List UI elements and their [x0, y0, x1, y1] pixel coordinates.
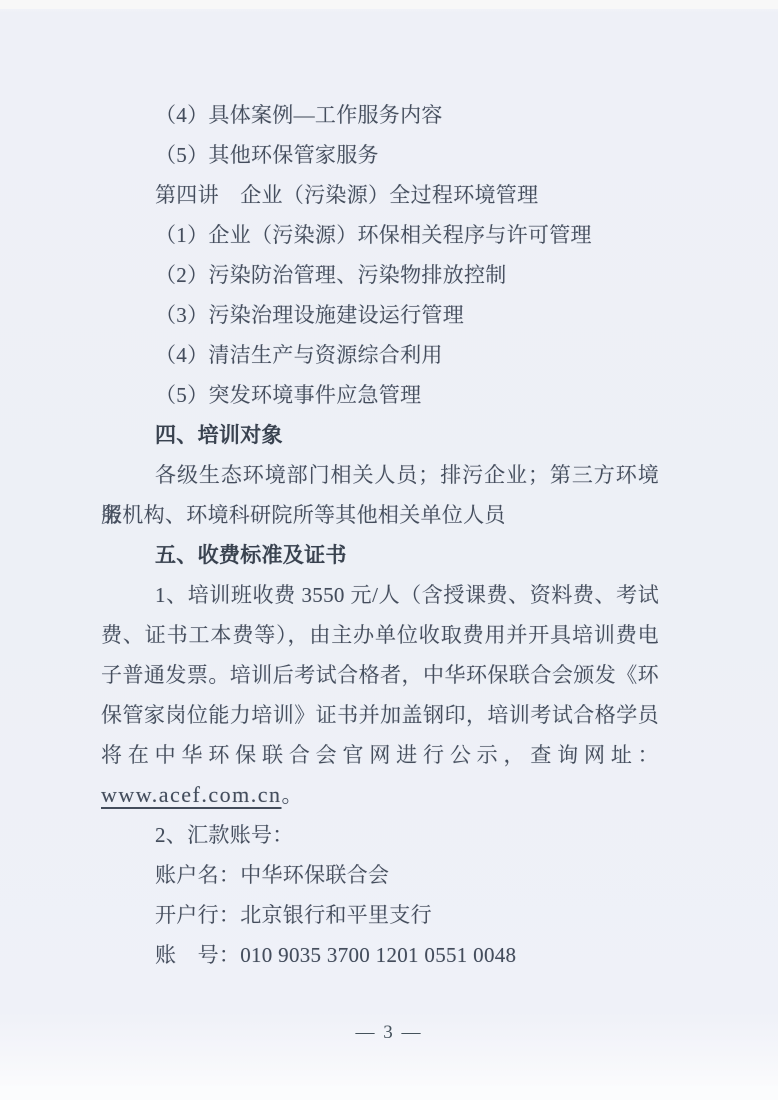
account-name-line: 账户名：中华环保联合会 — [101, 855, 659, 895]
bank-branch-line: 开户行：北京银行和平里支行 — [101, 895, 659, 935]
remittance-account-heading: 2、汇款账号： — [101, 815, 659, 855]
scan-edge-bottom — [0, 1086, 778, 1100]
list-item: （4）具体案例—工作服务内容 — [101, 95, 659, 135]
url-period: 。 — [282, 783, 303, 807]
page-number: — 3 — — [356, 1022, 423, 1043]
paragraph-line: 费、证书工本费等），由主办单位收取费用并开具培训费电 — [101, 615, 659, 655]
section-heading-fees-certificate: 五、收费标准及证书 — [101, 535, 659, 575]
acef-url: www.acef.com.cn — [101, 782, 282, 807]
paragraph-line: 子普通发票。培训后考试合格者，中华环保联合会颁发《环 — [101, 655, 659, 695]
section-heading-training-audience: 四、培训对象 — [101, 415, 659, 455]
list-item: （2）污染防治管理、污染物排放控制 — [101, 255, 659, 295]
scanned-document-page: （4）具体案例—工作服务内容 （5）其他环保管家服务 第四讲 企业（污染源）全过… — [0, 0, 778, 1100]
paragraph-line: 保管家岗位能力培训》证书并加盖钢印，培训考试合格学员 — [101, 695, 659, 735]
list-item: （1）企业（污染源）环保相关程序与许可管理 — [101, 215, 659, 255]
paragraph-line: 各级生态环境部门相关人员；排污企业；第三方环境服 — [101, 455, 659, 495]
page-footer: — 3 — — [0, 1018, 778, 1048]
document-body: （4）具体案例—工作服务内容 （5）其他环保管家服务 第四讲 企业（污染源）全过… — [101, 95, 659, 975]
list-item: （4）清洁生产与资源综合利用 — [101, 335, 659, 375]
paragraph-line: 1、培训班收费 3550 元/人（含授课费、资料费、考试 — [101, 575, 659, 615]
list-item: （5）突发环境事件应急管理 — [101, 375, 659, 415]
account-number-line: 账 号：010 9035 3700 1201 0551 0048 — [101, 935, 659, 975]
lecture-heading: 第四讲 企业（污染源）全过程环境管理 — [101, 175, 659, 215]
paragraph-line: 将在中华环保联合会官网进行公示，查询网址： — [101, 735, 659, 775]
paragraph-line: 务机构、环境科研院所等其他相关单位人员 — [101, 495, 659, 535]
url-line: www.acef.com.cn。 — [101, 775, 659, 815]
scan-edge-top — [0, 0, 778, 9]
list-item: （5）其他环保管家服务 — [101, 135, 659, 175]
list-item: （3）污染治理设施建设运行管理 — [101, 295, 659, 335]
